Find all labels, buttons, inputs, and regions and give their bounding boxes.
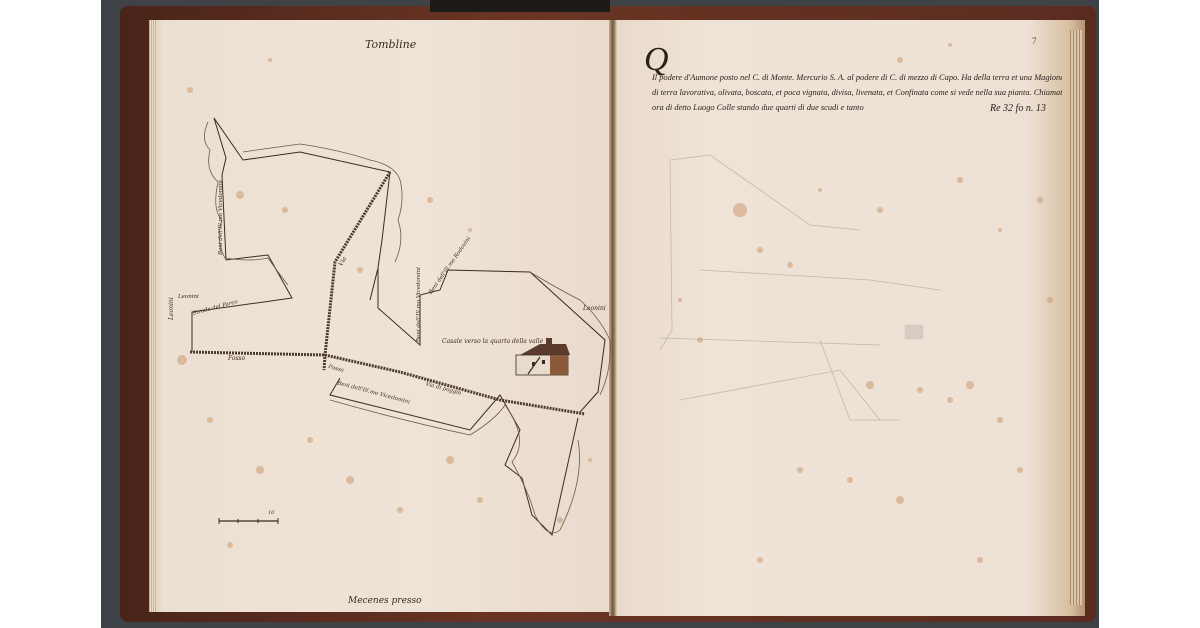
map-header-label: Tombline: [365, 38, 416, 51]
parcel-boundary-north: [192, 118, 292, 352]
label-right-edge: Leonini: [583, 305, 606, 312]
decorated-initial: Q: [644, 52, 669, 67]
reference-signature: Re 32 fo n. 13: [990, 103, 1046, 114]
label-leonini-west: Leonini: [178, 294, 199, 300]
note-line-1: Il podere d'Aumone posto nel C. di Monte…: [652, 70, 1062, 85]
folio-number: 7: [1032, 36, 1037, 46]
label-north-boundary: Beni dell'Ill.mo Vicedomini: [218, 180, 224, 255]
label-farmhouse: Casale verso la quarta della valle: [442, 338, 543, 345]
label-west-left: Leonini: [168, 297, 175, 320]
note-line-2: di terra lavorativa, olivata, boscata, e…: [652, 85, 1062, 100]
map-footer-label: Mecenes presso: [348, 596, 422, 606]
scale-bar-label: 10: [268, 510, 274, 516]
label-center-east: Beni dell'Ill.mo Vicedomini: [416, 267, 422, 342]
label-river-south: Fosso: [228, 355, 245, 362]
